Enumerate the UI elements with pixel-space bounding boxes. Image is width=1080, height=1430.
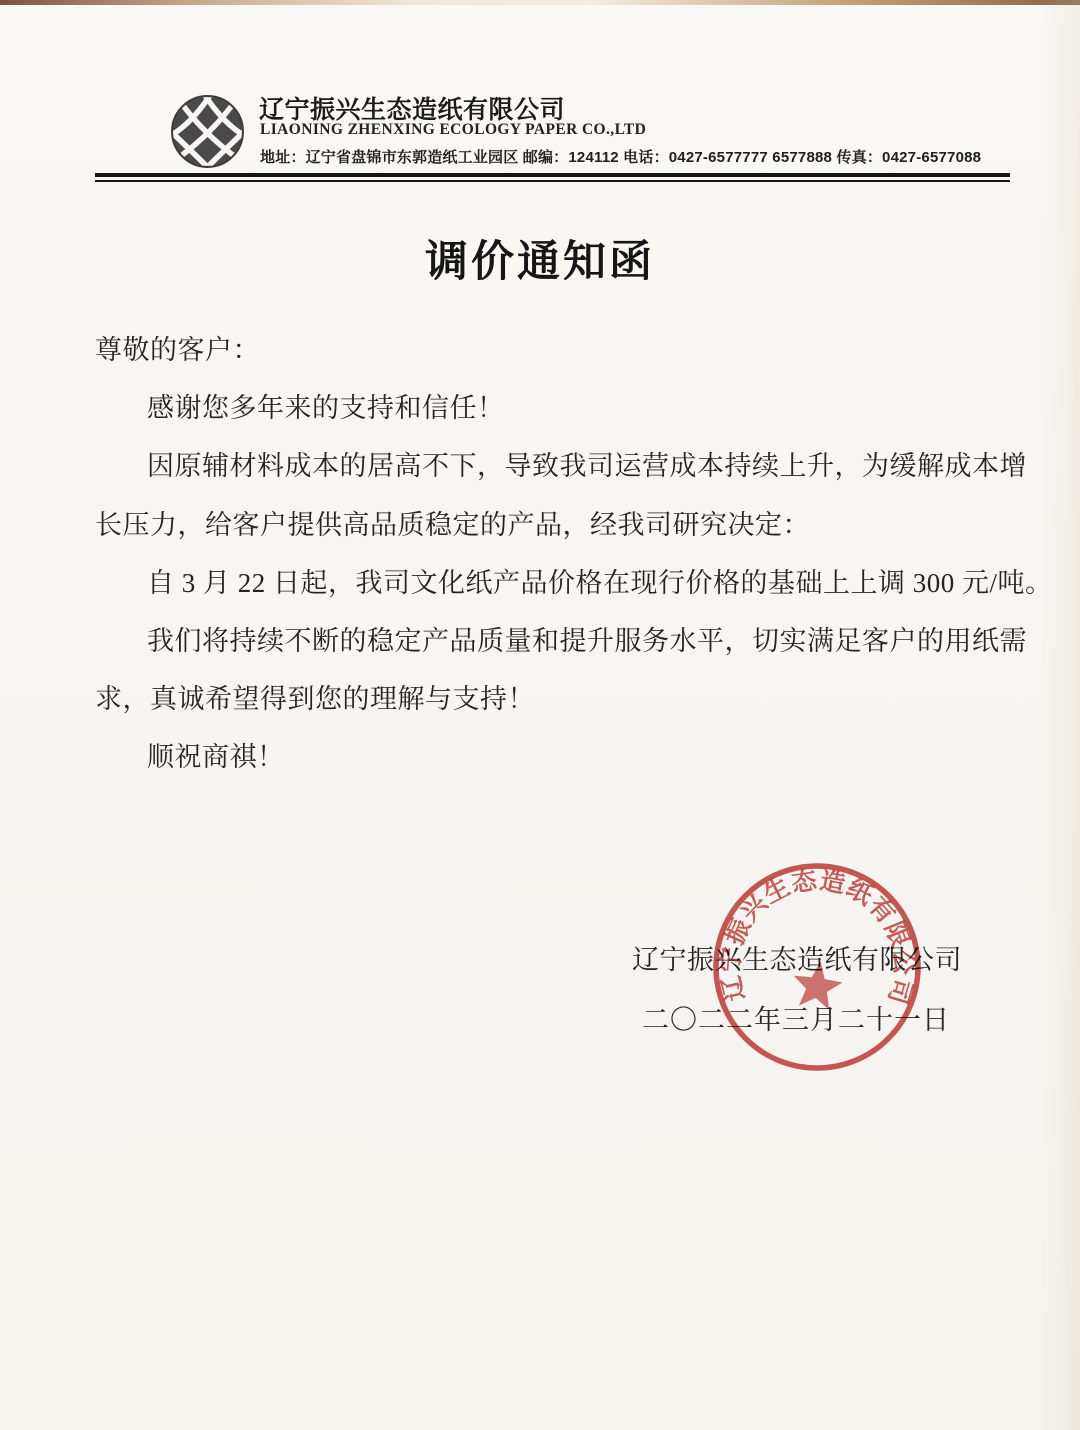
woven-globe-logo-icon — [170, 94, 245, 174]
letter-title: 调价通知函 — [0, 228, 1080, 289]
letter-line: 感谢您多年来的支持和信任！ — [95, 386, 505, 425]
letterhead-divider — [95, 173, 1010, 182]
company-seal-stamp: 辽宁振兴生态造纸有限公司 — [702, 852, 932, 1087]
letter-line: 我们将持续不断的稳定产品质量和提升服务水平，切实满足客户的用纸需 — [95, 619, 1027, 658]
scan-edge-right — [1040, 0, 1080, 1430]
letter-line: 自 3 月 22 日起，我司文化纸产品价格在现行价格的基础上上调 300 元/吨… — [95, 561, 1053, 600]
salutation-line: 尊敬的客户： — [95, 328, 260, 367]
red-star-icon — [790, 958, 845, 1011]
letter-line: 因原辅材料成本的居高不下，导致我司运营成本持续上升，为缓解成本增 — [95, 444, 1027, 483]
letter-line: 长压力，给客户提供高品质稳定的产品，经我司研究决定： — [95, 503, 810, 542]
company-address-line: 地址：辽宁省盘锦市东郭造纸工业园区 邮编：124112 电话：0427-6577… — [260, 146, 981, 167]
scan-edge-top — [0, 0, 1080, 5]
letter-line: 求，真诚希望得到您的理解与支持！ — [95, 677, 535, 716]
closing-line: 顺祝商祺！ — [95, 735, 285, 774]
company-name-en: LIAONING ZHENXING ECOLOGY PAPER CO.,LTD — [260, 121, 646, 139]
letter-page: 辽宁振兴生态造纸有限公司 LIAONING ZHENXING ECOLOGY P… — [0, 0, 1080, 1430]
